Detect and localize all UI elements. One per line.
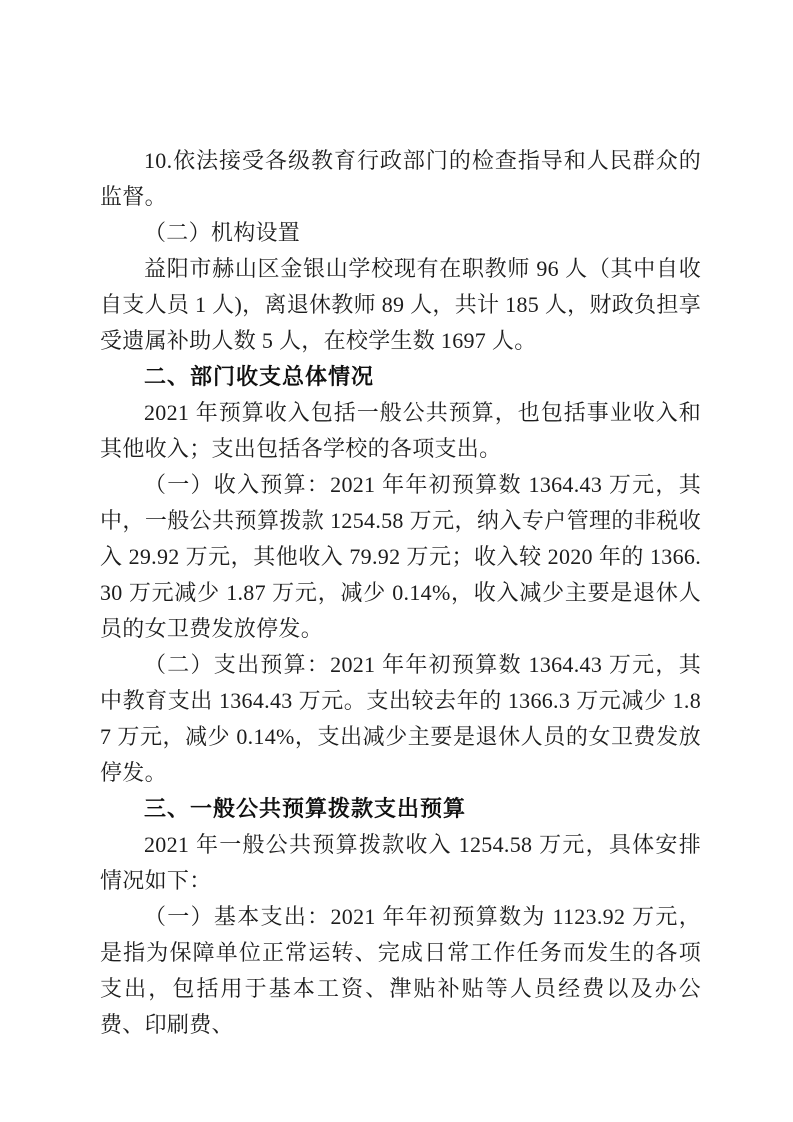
subheading-org-setup: （二）机构设置 xyxy=(100,215,701,251)
paragraph-supervision: 10.依法接受各级教育行政部门的检查指导和人民群众的监督。 xyxy=(100,143,701,215)
paragraph-expenditure-budget: （二）支出预算：2021 年年初预算数 1364.43 万元，其中教育支出 13… xyxy=(100,647,701,791)
document-page: 10.依法接受各级教育行政部门的检查指导和人民群众的监督。 （二）机构设置 益阳… xyxy=(0,0,793,1122)
document-body: 10.依法接受各级教育行政部门的检查指导和人民群众的监督。 （二）机构设置 益阳… xyxy=(100,143,701,1043)
paragraph-budget-overview: 2021 年预算收入包括一般公共预算，也包括事业收入和其他收入；支出包括各学校的… xyxy=(100,395,701,467)
section-heading-3: 三、一般公共预算拨款支出预算 xyxy=(100,791,701,827)
paragraph-staff-numbers: 益阳市赫山区金银山学校现有在职教师 96 人（其中自收自支人员 1 人)，离退休… xyxy=(100,251,701,359)
paragraph-public-budget-income: 2021 年一般公共预算拨款收入 1254.58 万元，具体安排情况如下： xyxy=(100,827,701,899)
paragraph-income-budget: （一）收入预算：2021 年年初预算数 1364.43 万元，其中，一般公共预算… xyxy=(100,467,701,647)
paragraph-basic-expenditure: （一）基本支出：2021 年年初预算数为 1123.92 万元，是指为保障单位正… xyxy=(100,899,701,1043)
page-number: 4 xyxy=(0,972,793,992)
section-heading-2: 二、部门收支总体情况 xyxy=(100,359,701,395)
